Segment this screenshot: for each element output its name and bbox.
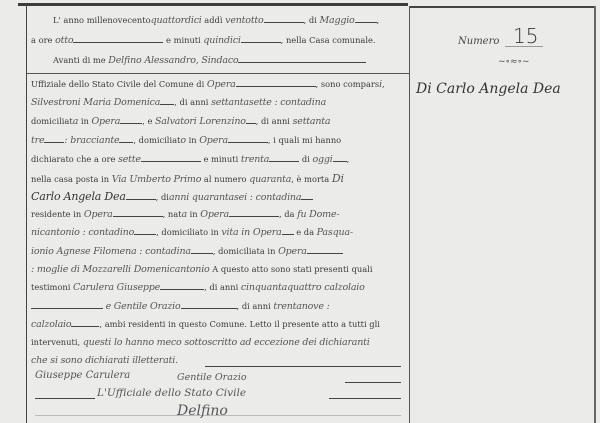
blank-line — [329, 398, 401, 399]
suffix-value: a — [73, 116, 78, 127]
death-street: Via Umberto Primo — [112, 174, 202, 185]
label-and-from: e da — [296, 227, 314, 237]
label-and: , e — [142, 116, 152, 126]
deceased-name-start: Di — [332, 172, 344, 185]
signature-witness1: Giuseppe Carulera — [35, 370, 130, 381]
label-who-declared: , i quali mi hanno — [268, 135, 341, 145]
record-date-line: L' anno millenovecentoquattordici addì v… — [53, 15, 379, 26]
label-in: in — [190, 209, 198, 219]
margin-deceased-name: Di Carlo Angela Dea — [416, 81, 561, 97]
mother-domicile: Opera — [278, 246, 307, 257]
blank-line — [307, 252, 343, 254]
blank-line — [120, 122, 142, 124]
day-value: ventotto — [225, 15, 263, 26]
declarant1-domicile: Opera — [91, 116, 120, 127]
record-time-line: a ore otto e minuti quindici, nella Casa… — [31, 35, 376, 46]
death-time-line: dichiarato che a ore sette e minuti tren… — [31, 154, 349, 165]
label-number: al numero — [204, 174, 247, 184]
declarant2-domicile: Opera — [199, 135, 228, 146]
label-born: , nat — [163, 209, 182, 219]
blank-line — [126, 198, 156, 200]
blank-line — [191, 252, 213, 254]
label-minutes: e minuti — [166, 35, 201, 45]
label-place: , nella Casa comunale. — [281, 35, 376, 45]
deceased-age-occupation: anni quarantasei : contadina — [169, 192, 301, 203]
signing-note: questi lo hanno meco sottoscritto ad ecc… — [83, 337, 370, 348]
blank-line — [301, 198, 313, 200]
blank-line — [141, 160, 201, 162]
declarant2-name: Salvatori Lorenzino — [155, 116, 246, 127]
mother-name: Pasqua- — [317, 227, 353, 238]
declarant2-occupation: : bracciante — [64, 135, 119, 146]
numero-label: Numero — [458, 36, 499, 47]
label-minutes: e minuti — [203, 154, 238, 164]
blank-line — [282, 233, 294, 235]
blank-line — [241, 41, 281, 43]
blank-line — [229, 215, 279, 217]
label-comune: Uffiziale dello Stato Civile del Comune … — [31, 79, 204, 89]
blank-line — [246, 122, 256, 124]
ornament-icon: ~∘≈∘~ — [498, 57, 529, 67]
label-house: nella casa posta in — [31, 174, 109, 184]
declarant2-age: settanta — [293, 116, 331, 127]
deceased-residence: Opera — [84, 209, 113, 220]
deceased-line: Carlo Angela Dea, dianni quarantasei : c… — [31, 190, 313, 203]
label-year: L' anno millenovecento — [53, 15, 151, 25]
blank-line — [236, 85, 316, 87]
illiterate-note: che si sono dichiarati illetterati. — [31, 355, 178, 366]
blank-line — [160, 288, 204, 290]
section-divider — [27, 73, 409, 74]
death-minutes: trenta — [241, 154, 269, 165]
label-age: , di anni — [174, 97, 208, 107]
label-and: e — [106, 301, 111, 312]
blank-line — [113, 215, 163, 217]
blank-line — [119, 141, 133, 143]
comune-value: Opera — [207, 79, 236, 90]
father-line: nicantonio : contadino, domiciliato in v… — [31, 227, 353, 238]
blank-line — [31, 307, 103, 309]
label-domiciled: , domiciliat — [133, 135, 180, 145]
label-from: , da — [279, 209, 295, 219]
death-house-number: quaranta — [249, 174, 291, 185]
witness1-line: testimoni Carulera Giuseppe, di anni cin… — [31, 282, 365, 293]
label-of: di — [302, 154, 310, 164]
witness2-line: e Gentile Orazio, di anni trentanove : — [31, 301, 330, 312]
declarant2-age-cont: tre — [31, 135, 44, 146]
label-day: addì — [204, 15, 222, 25]
declarant2-cont-line: tre: bracciante, domiciliato in Opera, i… — [31, 135, 341, 146]
father-domicile: vita in Opera — [221, 227, 281, 238]
residence-line: residente in Opera, nata in Opera, da fu… — [31, 209, 339, 220]
top-border — [410, 6, 594, 8]
residents-line: calzolaio, ambi residenti in questo Comu… — [31, 319, 380, 330]
witness1-age-occupation: cinquantaquattro calzolaio — [241, 282, 365, 293]
comune-line: Uffiziale dello Stato Civile del Comune … — [31, 79, 385, 90]
blank-line — [73, 41, 163, 43]
witness2-name: Gentile Orazio — [114, 301, 181, 312]
register-page: L' anno millenovecentoquattordici addì v… — [0, 0, 600, 423]
suffix-value: o — [180, 135, 186, 146]
blank-line — [269, 160, 299, 162]
signature-officer: Delfino — [177, 403, 228, 419]
death-day: oggi — [313, 154, 333, 165]
year-value: quattordici — [151, 15, 202, 26]
declarant1-age: settantasette : contadina — [211, 97, 326, 108]
blank-line — [238, 61, 366, 63]
label-before-me: Avanti di me — [53, 55, 106, 65]
signature-witness2: Gentile Orazio — [177, 372, 247, 383]
label-hour: a ore — [31, 35, 52, 45]
label-of: di — [309, 15, 317, 25]
label-age: , di anni — [237, 301, 271, 311]
death-place-line: nella casa posta in Via Umberto Primo al… — [31, 172, 344, 185]
blank-line — [134, 233, 156, 235]
intervened-line: intervenuti, questi lo hanno meco sottos… — [31, 337, 370, 348]
declarant1-line: Silvestroni Maria Domenica, di anni sett… — [31, 97, 326, 108]
witness2-age: trentanove : — [273, 301, 329, 312]
death-record-body: L' anno millenovecentoquattordici addì v… — [26, 6, 410, 423]
blank-line — [44, 141, 64, 143]
officer-value: Delfino Alessandro, Sindaco — [108, 55, 238, 66]
label-of: , di — [156, 192, 169, 202]
blank-line — [205, 366, 401, 367]
blank-line — [35, 398, 95, 399]
signature-officer-title: L'Ufficiale dello Stato Civile — [97, 387, 246, 399]
suffix-value: a — [181, 209, 186, 220]
label-domiciled: , domiciliata in — [213, 246, 276, 256]
illiterate-line: che si sono dichiarati illetterati. — [31, 355, 178, 366]
minutes-value: quindici — [203, 35, 240, 46]
blank-line — [160, 103, 174, 105]
label-in: in — [81, 116, 89, 126]
hour-value: otto — [55, 35, 73, 46]
label-intervened: intervenuti, — [31, 337, 80, 347]
label-resident: residente in — [31, 209, 81, 219]
witness1-name: Carulera Giuseppe — [73, 282, 160, 293]
blank-line — [333, 160, 347, 162]
witness2-occupation: calzolaio — [31, 319, 71, 330]
label-witnesses-intro: A questo atto sono stati presenti quali — [212, 264, 372, 274]
father-name-cont: nicantonio : contadino — [31, 227, 134, 238]
blank-line — [264, 21, 304, 23]
officer-line: Avanti di me Delfino Alessandro, Sindaco — [53, 55, 366, 66]
deceased-name: Carlo Angela Dea — [31, 190, 126, 203]
blank-line — [181, 307, 237, 309]
label-died: , è morta — [291, 174, 329, 184]
month-value: Maggio — [319, 15, 354, 26]
blank-line — [345, 382, 401, 383]
blank-line — [71, 325, 99, 327]
label-in: in — [189, 135, 197, 145]
spouse-value: : moglie di Mozzarelli Domenicantonio — [31, 264, 210, 275]
father-name: fu Dome- — [297, 209, 339, 220]
number-underline — [505, 46, 543, 47]
label-declared-hour: dichiarato che a ore — [31, 154, 115, 164]
record-number: 15 — [513, 24, 538, 48]
blank-line — [228, 141, 268, 143]
label-domiciled: , domiciliato in — [156, 227, 219, 237]
label-age: , di anni — [204, 282, 238, 292]
label-domiciled: domiciliat — [31, 116, 73, 126]
label-age: , di anni — [256, 116, 290, 126]
death-hour: sette — [118, 154, 141, 165]
suffix-value: i — [379, 79, 382, 90]
mother-line: ionio Agnese Filomena : contadina, domic… — [31, 246, 343, 257]
margin-column: Numero 15 ~∘≈∘~ Di Carlo Angela Dea — [409, 6, 596, 423]
mother-name-cont: ionio Agnese Filomena : contadina — [31, 246, 191, 257]
declarant1-name: Silvestroni Maria Domenica — [31, 97, 160, 108]
declarant2-line: domiciliata in Opera, e Salvatori Lorenz… — [31, 116, 330, 127]
deceased-birthplace: Opera — [200, 209, 229, 220]
label-witnesses: testimoni — [31, 282, 70, 292]
blank-line — [355, 21, 377, 23]
label-appeared: , sono compars — [316, 79, 380, 89]
label-read-act: , ambi residenti in questo Comune. Letto… — [99, 319, 380, 329]
spouse-line: : moglie di Mozzarelli Domenicantonio A … — [31, 264, 372, 275]
